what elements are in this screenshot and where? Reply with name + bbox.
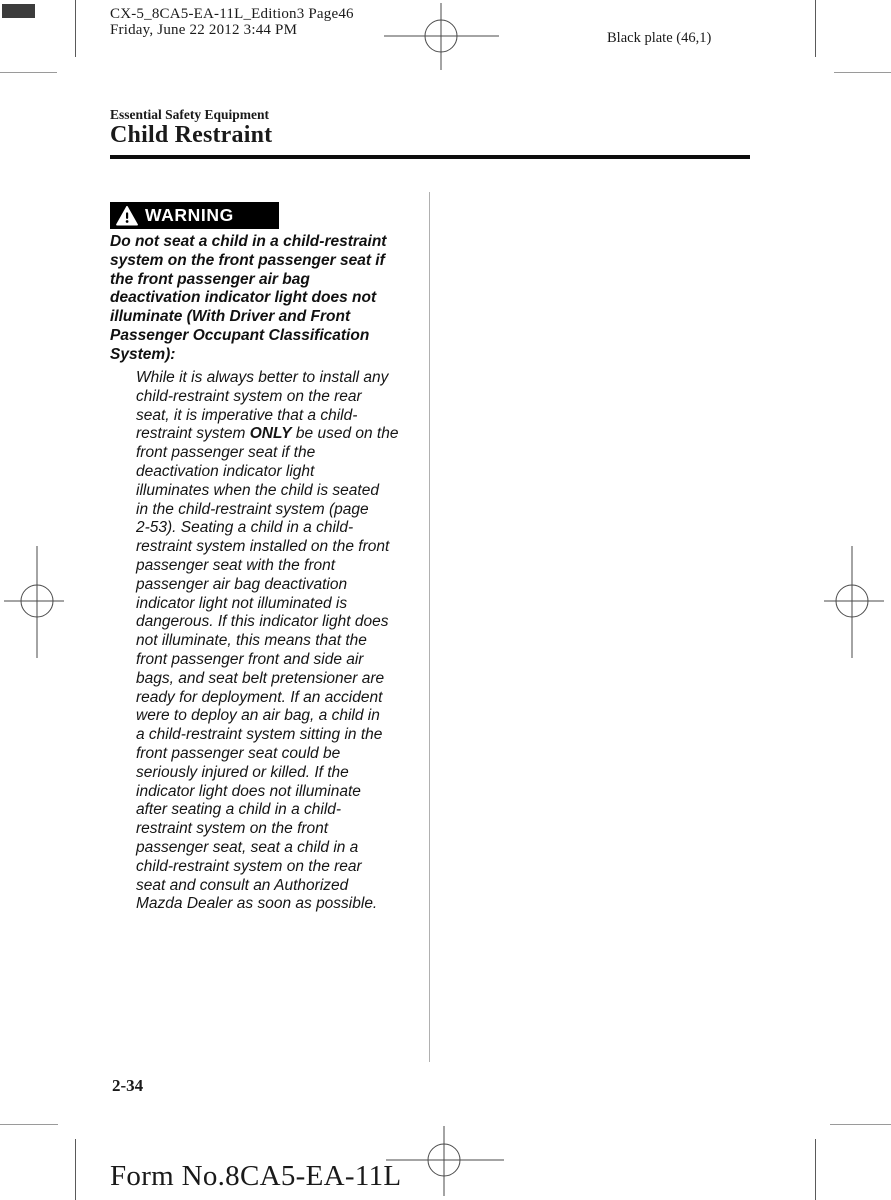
text-line: seriously injured or killed. If the <box>136 764 398 783</box>
text-line: front passenger front and side air <box>136 651 398 670</box>
text-line: indicator light does not illuminate <box>136 783 398 802</box>
text-line: passenger seat, seat a child in a <box>136 839 398 858</box>
text-line: illuminate (With Driver and Front <box>110 308 386 327</box>
crop-mark-top-left-v <box>75 0 76 57</box>
text-line: illuminates when the child is seated <box>136 482 398 501</box>
registration-mark-bottom-icon <box>386 1126 504 1196</box>
title-rule <box>110 155 750 159</box>
print-slug-filename: CX-5_8CA5-EA-11L_Edition3 Page46 <box>110 6 354 22</box>
warning-heading: Do not seat a child in a child-restraint… <box>110 233 386 365</box>
text-line: bags, and seat belt pretensioner are <box>136 670 398 689</box>
text-line: a child-restraint system sitting in the <box>136 726 398 745</box>
text-line: deactivation indicator light <box>136 463 398 482</box>
crop-mark-bottom-right-v <box>815 1139 816 1200</box>
warning-body-text: While it is always better to install any… <box>136 369 398 914</box>
text-line: not illuminate, this means that the <box>136 632 398 651</box>
section-eyebrow: Essential Safety Equipment <box>110 107 269 123</box>
text-line: passenger seat with the front <box>136 557 398 576</box>
text-line: dangerous. If this indicator light does <box>136 613 398 632</box>
text-line: While it is always better to install any <box>136 369 398 388</box>
warning-label: WARNING <box>145 205 234 226</box>
text-line: restraint system installed on the front <box>136 538 398 557</box>
text-line: were to deploy an air bag, a child in <box>136 707 398 726</box>
text-line: in the child-restraint system (page <box>136 501 398 520</box>
crop-mark-bottom-left-h <box>0 1124 58 1125</box>
text-line: seat and consult an Authorized <box>136 877 398 896</box>
text-line: child-restraint system on the rear <box>136 388 398 407</box>
text-line: seat, it is imperative that a child- <box>136 407 398 426</box>
plate-label: Black plate (46,1) <box>607 30 711 47</box>
crop-mark-top-right-h <box>834 72 891 73</box>
registration-mark-left-icon <box>4 546 64 658</box>
warning-banner: WARNING <box>110 202 279 229</box>
text-line: child-restraint system on the rear <box>136 858 398 877</box>
page-number: 2-34 <box>112 1076 143 1096</box>
text-line: restraint system on the front <box>136 820 398 839</box>
text-line: Mazda Dealer as soon as possible. <box>136 895 398 914</box>
text-line: passenger air bag deactivation <box>136 576 398 595</box>
print-slug-date: Friday, June 22 2012 3:44 PM <box>110 22 297 38</box>
form-number: Form No.8CA5-EA-11L <box>110 1160 401 1193</box>
crop-mark-bottom-left-v <box>75 1139 76 1200</box>
manual-page: CX-5_8CA5-EA-11L_Edition3 Page46 Friday,… <box>0 0 891 1200</box>
text-line: front passenger seat could be <box>136 745 398 764</box>
text-line: deactivation indicator light does not <box>110 289 386 308</box>
registration-mark-top-icon <box>384 3 499 70</box>
text-line: indicator light not illuminated is <box>136 595 398 614</box>
crop-mark-top-left-h <box>0 72 57 73</box>
crop-mark-bottom-right-h <box>830 1124 891 1125</box>
column-divider <box>429 192 430 1062</box>
page-title: Child Restraint <box>110 122 272 149</box>
text-line: system on the front passenger seat if <box>110 252 386 271</box>
text-line: after seating a child in a child- <box>136 801 398 820</box>
text-line: the front passenger air bag <box>110 271 386 290</box>
crop-mark-top-right-v <box>815 0 816 57</box>
text-line: ready for deployment. If an accident <box>136 689 398 708</box>
text-line: Do not seat a child in a child-restraint <box>110 233 386 252</box>
text-line: System): <box>110 346 386 365</box>
registration-mark-right-icon <box>824 546 884 658</box>
warning-triangle-icon <box>116 206 138 226</box>
text-line: restraint system ONLY be used on the <box>136 425 398 444</box>
ink-patch <box>2 4 35 18</box>
text-line: Passenger Occupant Classification <box>110 327 386 346</box>
text-line: front passenger seat if the <box>136 444 398 463</box>
text-line: 2-53). Seating a child in a child- <box>136 519 398 538</box>
